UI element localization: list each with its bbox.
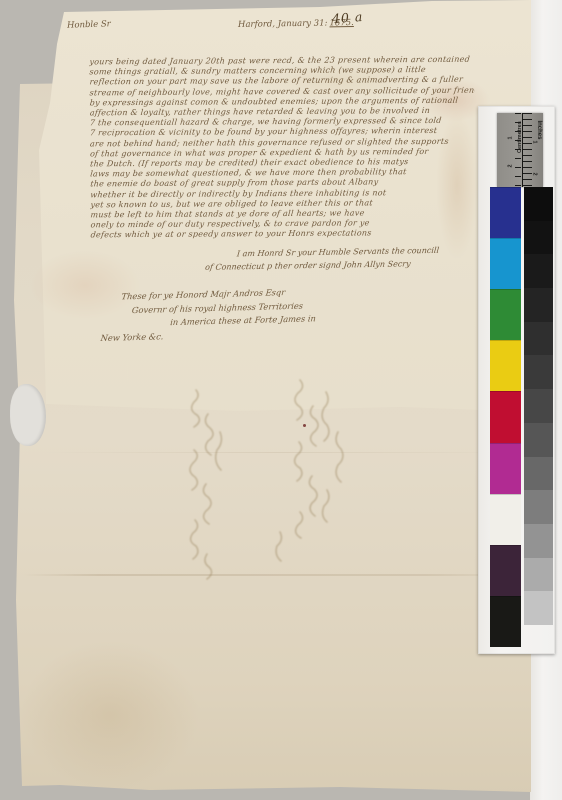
gray-step [524,457,553,491]
gray-step [524,288,553,322]
archival-photograph: Honble Sr Harford, January 31:1675. 40 a… [0,0,562,800]
color-patch [490,340,521,391]
gray-step [524,524,553,558]
letter-address-block: These for ye Honord Majr Andros Esqr Gov… [99,283,400,345]
paper-tear [10,384,46,446]
gray-step [524,355,553,389]
color-patch [490,545,521,596]
letter-body: yours being dated January 20th past were… [89,55,475,241]
inches-label: Inches [536,120,542,139]
ink-showthrough [150,372,390,587]
color-patch-column [490,187,521,647]
gray-step [524,187,553,221]
color-patch [490,187,521,238]
gray-step [524,423,553,457]
dateline-place: Harford, January 31: [238,18,328,30]
inch-number: 2 [532,172,538,175]
archivist-folio-mark: 40 a [332,9,364,26]
gray-step [524,254,553,288]
gray-step [524,322,553,356]
inch-ticks [523,113,532,187]
color-patch [490,443,521,494]
color-calibration-card: Inches Centimetres 1 2 1 2 [478,106,555,654]
inch-number: 1 [532,140,538,143]
cm-number: 1 [508,136,514,139]
color-patch [490,596,521,647]
gray-step [524,490,553,524]
color-patch [490,238,521,289]
color-patch [490,494,521,545]
cm-number: 2 [508,164,514,167]
letter-salutation: Honble Sr [67,19,111,31]
color-patch [490,289,521,340]
ruler-scale-label: Inches Centimetres 1 2 1 2 [497,113,543,187]
grayscale-step-wedge [524,187,553,625]
gray-step [524,221,553,255]
gray-step [524,389,553,423]
gray-step [524,558,553,592]
gray-step [524,591,553,625]
color-patch [490,391,521,442]
centimetres-label: Centimetres [517,121,523,153]
